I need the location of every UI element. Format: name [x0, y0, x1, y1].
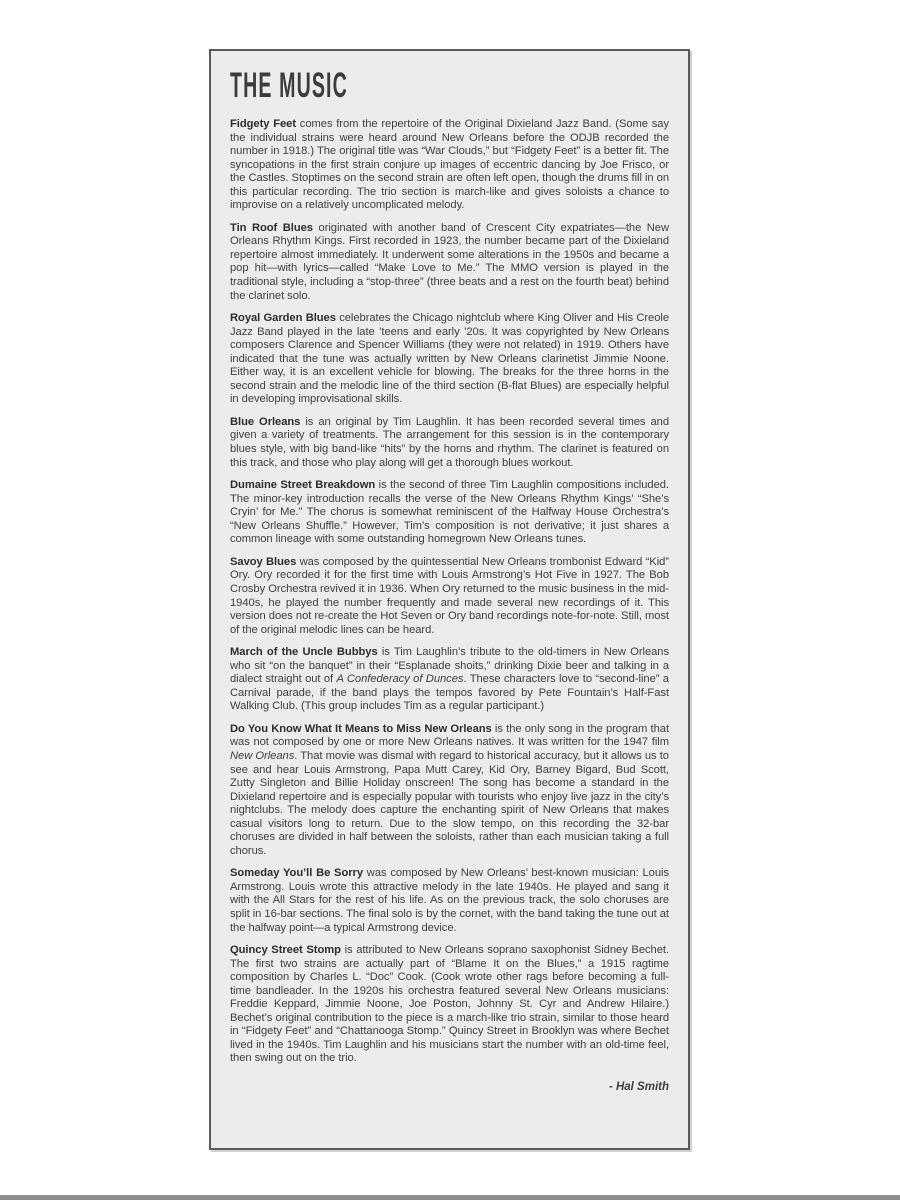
body-text: comes from the repertoire of the Origina… [230, 118, 669, 211]
paragraph: Royal Garden Blues celebrates the Chicag… [230, 312, 669, 407]
body-text: is attributed to New Orleans soprano sax… [230, 944, 669, 1064]
paragraph: Someday You’ll Be Sorry was composed by … [230, 867, 669, 935]
song-title: Quincy Street Stomp [230, 944, 341, 956]
song-title: March of the Uncle Bubbys [230, 646, 378, 658]
body-text: was composed by the quintessential New O… [230, 556, 669, 636]
paragraphs: Fidgety Feet comes from the repertoire o… [230, 118, 669, 1066]
song-title: Someday You’ll Be Sorry [230, 867, 363, 879]
paragraph: Tin Roof Blues originated with another b… [230, 222, 669, 303]
paragraph: Do You Know What It Means to Miss New Or… [230, 723, 669, 858]
paragraph: Savoy Blues was composed by the quintess… [230, 556, 669, 637]
liner-notes-page: THE MUSIC Fidgety Feet comes from the re… [209, 49, 690, 1150]
body-text: celebrates the Chicago nightclub where K… [230, 312, 669, 405]
paragraph: Dumaine Street Breakdown is the second o… [230, 479, 669, 547]
paragraph: Blue Orleans is an original by Tim Laugh… [230, 416, 669, 470]
song-title: Dumaine Street Breakdown [230, 479, 375, 491]
song-title: Savoy Blues [230, 556, 296, 568]
paragraph: March of the Uncle Bubbys is Tim Laughli… [230, 646, 669, 714]
author-signature: - Hal Smith [230, 1081, 669, 1093]
song-title: Tin Roof Blues [230, 222, 313, 234]
paragraph: Fidgety Feet comes from the repertoire o… [230, 118, 669, 213]
song-title: Blue Orleans [230, 416, 300, 428]
page-title: THE MUSIC [230, 67, 476, 105]
bottom-edge-bar [0, 1195, 900, 1200]
song-title: Royal Garden Blues [230, 312, 336, 324]
paragraph: Quincy Street Stomp is attributed to New… [230, 944, 669, 1066]
italic-text: New Orleans [230, 750, 294, 762]
italic-text: A Confederacy of Dunces [337, 673, 464, 685]
song-title: Do You Know What It Means to Miss New Or… [230, 723, 492, 735]
song-title: Fidgety Feet [230, 118, 296, 130]
body-text: . That movie was dismal with regard to h… [230, 750, 669, 857]
